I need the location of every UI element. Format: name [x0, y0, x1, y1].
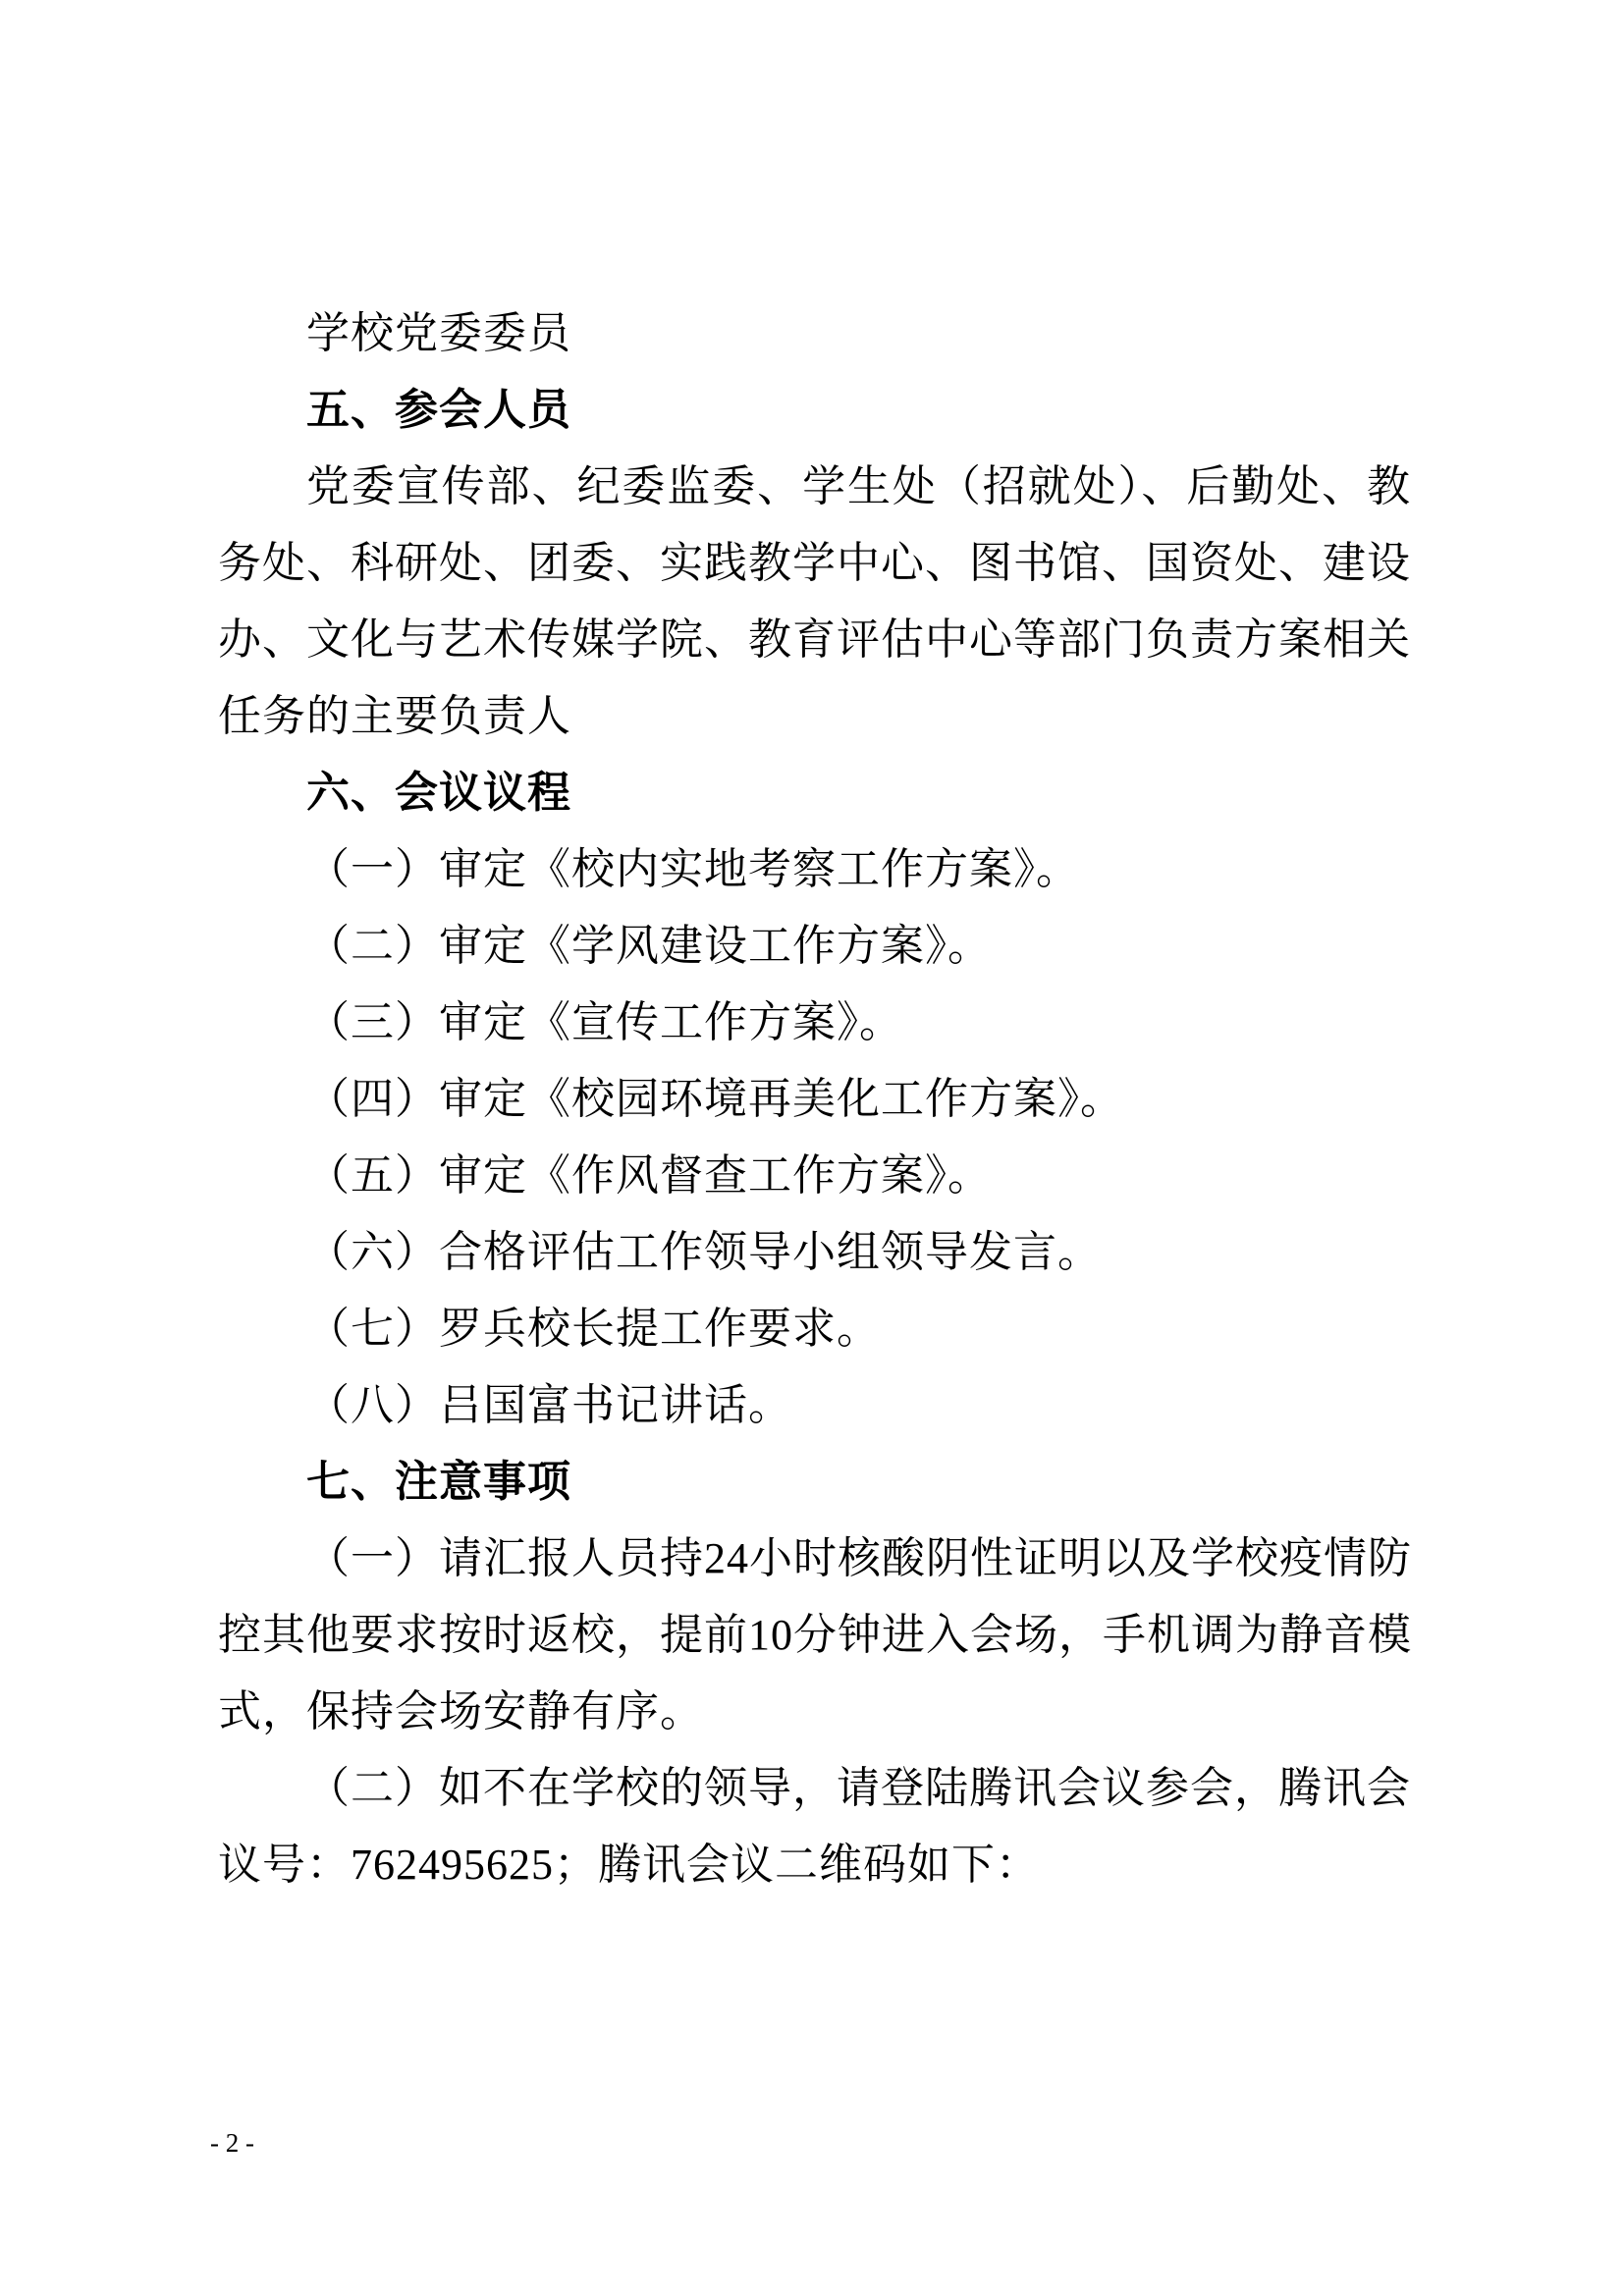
text-line: 议号：762495625；腾讯会议二维码如下： — [218, 1827, 1411, 1903]
text-line: 党委宣传部、纪委监委、学生处（招就处）、后勤处、教 — [218, 449, 1411, 525]
section-heading: 五、参会人员 — [218, 372, 1411, 449]
text-line: （六）合格评估工作领导小组领导发言。 — [218, 1214, 1411, 1291]
text-line: （一）请汇报人员持24小时核酸阴性证明以及学校疫情防 — [218, 1521, 1411, 1597]
text-line: 控其他要求按时返校，提前10分钟进入会场，手机调为静音模 — [218, 1597, 1411, 1674]
text-line: 式，保持会场安静有序。 — [218, 1674, 1411, 1750]
text-line: （五）审定《作风督查工作方案》。 — [218, 1138, 1411, 1214]
text-line: 办、文化与艺术传媒学院、教育评估中心等部门负责方案相关 — [218, 602, 1411, 678]
page-number: - 2 - — [210, 2128, 254, 2158]
text-line: （一）审定《校内实地考察工作方案》。 — [218, 831, 1411, 908]
section-heading: 七、注意事项 — [218, 1444, 1411, 1521]
text-line: 任务的主要负责人 — [218, 678, 1411, 755]
text-line: （三）审定《宣传工作方案》。 — [218, 985, 1411, 1061]
text-line: （八）吕国富书记讲话。 — [218, 1367, 1411, 1444]
document-page: 学校党委委员五、参会人员党委宣传部、纪委监委、学生处（招就处）、后勤处、教务处、… — [0, 0, 1624, 2296]
text-line: （二）审定《学风建设工作方案》。 — [218, 908, 1411, 985]
page-footer: - 2 - — [210, 2128, 254, 2158]
text-line: （七）罗兵校长提工作要求。 — [218, 1291, 1411, 1367]
text-line: （二）如不在学校的领导，请登陆腾讯会议参会，腾讯会 — [218, 1750, 1411, 1827]
text-line: 学校党委委员 — [218, 295, 1411, 372]
text-line: （四）审定《校园环境再美化工作方案》。 — [218, 1061, 1411, 1138]
document-body: 学校党委委员五、参会人员党委宣传部、纪委监委、学生处（招就处）、后勤处、教务处、… — [218, 295, 1411, 1903]
section-heading: 六、会议议程 — [218, 755, 1411, 831]
text-line: 务处、科研处、团委、实践教学中心、图书馆、国资处、建设 — [218, 525, 1411, 602]
